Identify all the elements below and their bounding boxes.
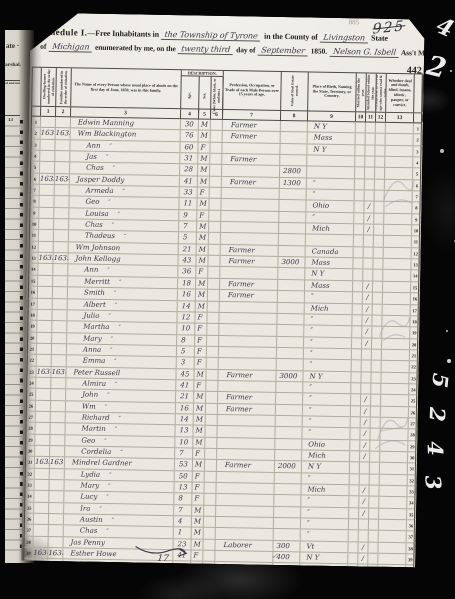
ditto-mark: ″ <box>105 404 107 411</box>
occupation-cell: Farmer <box>220 279 278 290</box>
margin-note-digit: 2 <box>425 407 450 422</box>
occupation-cell: Farmer <box>221 245 279 256</box>
dust-specks <box>444 30 446 32</box>
cannot-read-write-cell <box>376 134 386 145</box>
name-cell: Wm Johnson <box>69 242 179 254</box>
family-number <box>52 310 67 321</box>
dwelling-number <box>39 219 54 230</box>
color-cell <box>210 176 222 187</box>
sex-cell: F <box>195 335 207 346</box>
married-in-year-cell <box>355 145 365 156</box>
attended-school-cell: ∕ <box>361 395 371 406</box>
township-handwritten: the Township of Tyrone <box>161 30 261 42</box>
attended-school-cell <box>363 270 373 281</box>
real-estate-value-cell <box>279 200 306 211</box>
dwelling-number <box>40 139 55 150</box>
condition-cell <box>383 293 411 304</box>
sex-cell: M <box>199 131 211 142</box>
color-cell <box>208 290 220 301</box>
line-number-left: 4 <box>31 151 40 161</box>
occupation-cell <box>218 415 276 426</box>
name-cell: Martin″ <box>65 424 175 436</box>
married-in-year-cell <box>350 463 360 474</box>
line-number-left: 35 <box>25 502 34 512</box>
color-cell <box>203 539 215 550</box>
color-cell <box>206 403 218 414</box>
name-cell: Albert″ <box>68 299 178 311</box>
cannot-read-write-cell <box>369 486 379 497</box>
family-number <box>50 423 65 434</box>
attended-school-cell: ∕ <box>359 497 369 508</box>
sex-cell: F <box>196 267 208 278</box>
age-cell: 30 <box>181 119 199 130</box>
title-enumerated: enumerated by me, on the <box>95 43 176 53</box>
occupation-cell <box>220 301 278 312</box>
color-cell <box>210 142 222 153</box>
color-cell <box>209 245 221 256</box>
dwelling-number <box>36 378 51 389</box>
sex-cell: M <box>192 528 204 539</box>
real-estate-value-cell <box>281 121 308 132</box>
name-cell: Chas″ <box>70 163 180 175</box>
family-number <box>53 287 68 298</box>
birthplace-cell: ″ <box>307 178 355 189</box>
line-number-left: 21 <box>28 343 37 353</box>
married-in-year-cell <box>356 122 366 133</box>
color-cell <box>207 358 219 369</box>
attended-school-cell: ∕ <box>359 508 369 519</box>
ditto-mark: ″ <box>115 381 117 388</box>
family-number <box>49 525 64 536</box>
family-number: 1634 <box>55 174 70 185</box>
occupation-cell: Farmer <box>220 256 278 267</box>
cannot-read-write-cell <box>373 293 383 304</box>
family-number: 1635 <box>53 253 68 264</box>
name-cell: Lydia″ <box>65 469 175 481</box>
age-cell: 53 <box>175 460 193 471</box>
color-cell <box>204 494 216 505</box>
attended-school-cell: ∕ <box>360 429 370 440</box>
line-number-right: 14 <box>411 271 420 281</box>
color-cell <box>210 154 222 165</box>
occupation-cell: Farmer <box>223 120 281 131</box>
family-number <box>55 162 70 173</box>
age-cell: 5 <box>177 346 195 357</box>
age-cell: 14 <box>176 414 194 425</box>
line-number-left: 18 <box>28 309 37 319</box>
ditto-mark: ″ <box>112 517 114 524</box>
line-number-right: 33 <box>407 486 416 496</box>
real-estate-value-cell <box>274 495 301 506</box>
dwelling-number <box>35 423 50 434</box>
dwelling-number <box>34 502 49 513</box>
real-estate-value-cell <box>281 132 308 143</box>
color-cell <box>206 392 218 403</box>
cannot-read-write-cell <box>368 554 378 565</box>
column-number: 2 <box>56 107 71 116</box>
dwelling-number <box>40 151 55 162</box>
dwelling-number: 1633 <box>38 253 53 264</box>
real-estate-value-cell <box>274 518 301 529</box>
line-number-right: 39 <box>406 554 415 564</box>
column-number: 10 <box>356 112 366 121</box>
margin-note-digit: 3 <box>420 474 446 491</box>
condition-cell <box>386 134 414 145</box>
line-number-right: 38 <box>406 543 415 553</box>
line-number-right: 22 <box>410 361 419 371</box>
pencil-scribble <box>375 311 412 346</box>
column-header-occ: Profession, Occupation, or Trade of each… <box>223 71 282 110</box>
dwelling-number: 1636 <box>33 548 48 559</box>
real-estate-value-cell: 2800 <box>280 166 307 177</box>
birthplace-cell: N Y <box>300 552 348 563</box>
line-number-right: 1 <box>414 123 423 133</box>
married-in-year-cell <box>352 326 362 337</box>
sex-cell: F <box>195 312 207 323</box>
attended-school-cell: ∕ <box>362 338 372 349</box>
line-number-right: 17 <box>411 305 420 315</box>
family-number <box>48 537 63 548</box>
ditto-mark: ″ <box>106 494 108 501</box>
name-cell: Merritt″ <box>68 276 178 288</box>
line-number-left: 30 <box>26 446 35 456</box>
age-cell: 9 <box>179 210 197 221</box>
dwelling-number <box>41 117 56 128</box>
line-number-left: 3 <box>31 139 40 149</box>
condition-cell <box>380 474 408 485</box>
line-number-right: 25 <box>409 396 418 406</box>
occupation-cell: Farmer <box>218 392 276 403</box>
census-table-body: 1Edwin Manning30MFarmerN Y1216311633Wm B… <box>23 117 422 599</box>
age-cell: 33 <box>180 187 198 198</box>
column-number: 7 <box>223 110 281 120</box>
occupation-cell <box>219 358 277 369</box>
color-cell <box>209 199 221 210</box>
real-estate-value-cell <box>274 507 301 518</box>
cannot-read-write-cell <box>369 531 379 542</box>
attended-school-cell: ∕ <box>360 451 370 462</box>
line-number-right: 16 <box>411 293 420 303</box>
margin-note-digit: 4 <box>423 441 448 456</box>
line-number-left: 38 <box>24 536 33 546</box>
age-cell: 16 <box>178 289 196 300</box>
color-cell <box>209 211 221 222</box>
married-in-year-cell <box>348 542 358 553</box>
family-number <box>51 389 66 400</box>
line-number-left: 33 <box>25 480 34 490</box>
color-cell <box>203 551 215 562</box>
married-in-year-cell <box>354 236 364 247</box>
attended-school-cell <box>365 156 375 167</box>
sex-cell: M <box>197 222 209 233</box>
birthplace-cell: Ohio <box>306 201 354 212</box>
column-header-s11: Attended School within the year. <box>366 73 377 111</box>
ditto-mark: ″ <box>120 449 122 456</box>
occupation-cell <box>219 324 277 335</box>
dwelling-number <box>38 264 53 275</box>
cannot-read-write-cell <box>373 281 383 292</box>
occupation-cell <box>221 199 279 210</box>
line-number-right: 20 <box>410 339 419 349</box>
name-cell: Geo″ <box>69 197 179 209</box>
ditto-mark: ″ <box>106 528 108 535</box>
line-number-left: 1 <box>32 117 41 127</box>
sex-cell: M <box>194 369 206 380</box>
married-in-year-cell <box>355 168 365 179</box>
age-cell: 7 <box>174 505 192 516</box>
dwelling-number <box>37 332 52 343</box>
tally-note: 17 <box>157 554 170 564</box>
name-cell: Mindrel Gardner <box>65 458 175 470</box>
sex-cell: M <box>194 414 206 425</box>
condition-cell <box>379 508 407 519</box>
age-cell: 10 <box>175 437 193 448</box>
line-number-left: 7 <box>31 185 40 195</box>
age-cell: 21 <box>176 391 194 402</box>
age-cell: 28 <box>180 165 198 176</box>
name-cell: Geo″ <box>65 435 175 447</box>
name-cell: Chas″ <box>69 219 179 231</box>
family-number <box>51 378 66 389</box>
name-cell: Chas″ <box>64 526 174 538</box>
family-number <box>53 265 68 276</box>
married-in-year-cell <box>349 519 359 530</box>
birthplace-cell: ″ <box>304 337 352 348</box>
birthplace-cell: ″ <box>305 292 353 303</box>
birthplace-cell: N Y <box>307 144 355 155</box>
dwelling-number <box>38 287 53 298</box>
column-header-d13: Whether deaf and dumb, blind, insane, id… <box>386 74 415 112</box>
occupation-cell <box>217 438 275 449</box>
occupation-cell <box>219 335 277 346</box>
sex-cell: M <box>199 120 211 131</box>
attended-school-cell <box>365 145 375 156</box>
birthplace-cell: ″ <box>306 212 354 223</box>
occupation-cell: Farmer <box>223 131 281 142</box>
married-in-year-cell <box>351 406 361 417</box>
line-number-right: 18 <box>410 316 419 326</box>
line-number-left: 6 <box>31 173 40 183</box>
color-cell <box>208 256 220 267</box>
dwelling-number <box>38 298 53 309</box>
name-cell: Richard″ <box>66 412 176 424</box>
name-cell: Jasper Doddy <box>70 174 180 186</box>
age-cell: 14 <box>178 301 196 312</box>
sex-cell: M <box>192 505 204 516</box>
line-number-right: 19 <box>410 327 419 337</box>
family-number <box>54 196 69 207</box>
married-in-year-cell <box>355 190 365 201</box>
age-cell: 76 <box>181 131 199 142</box>
column-header-family: Families numbered in the order of visita… <box>56 68 72 106</box>
name-cell: Edwin Manning <box>71 117 181 129</box>
name-cell: Ann″ <box>68 265 178 277</box>
married-in-year-cell <box>353 281 363 292</box>
name-cell: Jas″ <box>70 151 180 163</box>
occupation-cell <box>216 517 274 528</box>
faint-stamp-number: 885 <box>349 18 360 26</box>
married-in-year-cell <box>355 156 365 167</box>
attended-school-cell <box>364 236 374 247</box>
condition-cell <box>378 554 406 565</box>
occupation-cell: Laborer <box>215 540 273 551</box>
age-cell: 7 <box>175 448 193 459</box>
family-number <box>49 480 64 491</box>
schedule-title-line-2: of Michigan enumerated by me, on the twe… <box>40 42 446 59</box>
attended-school-cell <box>362 361 372 372</box>
marshal-name-handwritten: Nelson G. Isbell <box>329 47 399 58</box>
age-cell: 3 <box>177 357 195 368</box>
real-estate-value-cell <box>280 155 307 166</box>
family-number <box>51 401 66 412</box>
line-number-left: 39 <box>24 548 33 558</box>
dwelling-number: 1635 <box>35 457 50 468</box>
name-cell: Armeda″ <box>70 185 180 197</box>
line-number-right: 31 <box>408 464 417 474</box>
color-cell <box>207 324 219 335</box>
dwelling-number: 1631 <box>41 128 56 139</box>
married-in-year-cell <box>349 485 359 496</box>
line-number-left: 31 <box>26 457 35 467</box>
color-cell <box>210 165 222 176</box>
line-number-left: 27 <box>27 412 36 422</box>
married-in-year-cell <box>354 202 364 213</box>
line-number-left: 22 <box>28 355 37 365</box>
occupation-cell <box>219 347 277 358</box>
real-estate-value-cell <box>275 427 302 438</box>
occupation-cell <box>221 233 279 244</box>
real-estate-value-cell <box>276 382 303 393</box>
family-number: 1633 <box>56 128 71 139</box>
line-number-left: 32 <box>26 468 35 478</box>
attended-school-cell <box>361 372 371 383</box>
attended-school-cell <box>361 383 371 394</box>
condition-cell <box>379 520 407 531</box>
family-number <box>51 412 66 423</box>
ditto-mark: ″ <box>118 324 120 331</box>
sex-cell: F <box>197 210 209 221</box>
line-number-right: 36 <box>407 520 416 530</box>
cannot-read-write-cell <box>376 123 386 134</box>
age-cell: 7 <box>179 221 197 232</box>
married-in-year-cell <box>353 292 363 303</box>
birthplace-cell: Vt <box>300 541 348 552</box>
pencil-scribble <box>379 171 416 212</box>
sex-cell: F <box>198 188 210 199</box>
real-estate-value-cell <box>276 416 303 427</box>
birthplace-cell <box>307 167 355 178</box>
family-number: 1638 <box>48 548 63 559</box>
cannot-read-write-cell <box>371 372 381 383</box>
dwelling-number <box>34 491 49 502</box>
column-header-value: Value of Real Estate owned. <box>281 72 309 110</box>
real-estate-value-cell <box>275 439 302 450</box>
ditto-mark: ″ <box>113 165 115 172</box>
color-cell <box>206 415 218 426</box>
occupation-cell: Farmer <box>220 290 278 301</box>
column-number: 1 <box>41 107 56 116</box>
attended-school-cell: ∕ <box>361 406 371 417</box>
family-number <box>53 276 68 287</box>
margin-note-digit: 5 <box>427 372 453 389</box>
married-in-year-cell <box>352 349 362 360</box>
name-cell: Emma″ <box>67 356 177 368</box>
real-estate-value-cell <box>279 234 306 245</box>
occupation-cell <box>216 494 274 505</box>
condition-cell <box>379 531 407 542</box>
sex-cell: F <box>193 471 205 482</box>
color-cell <box>208 267 220 278</box>
ditto-mark: ″ <box>107 392 109 399</box>
title-day-of: day of <box>236 45 255 54</box>
column-header-name: The Name of every Person whose usual pla… <box>71 68 182 108</box>
attended-school-cell <box>365 191 375 202</box>
color-cell <box>207 347 219 358</box>
dwelling-number <box>39 242 54 253</box>
dwelling-number <box>39 196 54 207</box>
condition-cell <box>382 361 410 372</box>
pencil-scribble <box>371 407 412 454</box>
day-handwritten: twenty third <box>178 44 234 55</box>
dwelling-number <box>36 389 51 400</box>
real-estate-value-cell <box>280 189 307 200</box>
color-cell <box>205 471 217 482</box>
married-in-year-cell <box>354 247 364 258</box>
condition-cell <box>381 384 409 395</box>
condition-cell <box>379 497 407 508</box>
column-number <box>414 113 423 122</box>
cannot-read-write-cell <box>369 497 379 508</box>
ditto-mark: ″ <box>119 279 121 286</box>
line-number-left: 28 <box>26 423 35 433</box>
column-number: 11 <box>366 112 376 121</box>
color-cell <box>205 449 217 460</box>
married-in-year-cell <box>351 383 361 394</box>
sex-cell: F <box>193 448 205 459</box>
occupation-cell <box>221 222 279 233</box>
age-cell: 4 <box>174 516 192 527</box>
color-cell <box>211 120 223 131</box>
condition-cell <box>379 486 407 497</box>
cannot-read-write-cell <box>372 361 382 372</box>
state-handwritten: Michigan <box>48 42 92 53</box>
birthplace-cell: Mich <box>302 450 350 461</box>
color-cell <box>209 233 221 244</box>
attended-school-cell: ∕ <box>364 213 374 224</box>
ditto-mark: ″ <box>104 438 106 445</box>
title-free-inhabitants: —Free Inhabitants in <box>87 29 159 39</box>
name-cell: Almira″ <box>66 378 176 390</box>
birthplace-cell: ″ <box>301 530 349 541</box>
attended-school-cell: ∕ <box>362 327 372 338</box>
attended-school-cell: ∕ <box>359 485 369 496</box>
ditto-mark: ″ <box>115 302 117 309</box>
line-number-right: 30 <box>408 452 417 462</box>
dwelling-number <box>35 446 50 457</box>
county-handwritten: Livingston <box>320 33 369 44</box>
real-estate-value-cell <box>278 291 305 302</box>
line-number-left: 26 <box>27 400 36 410</box>
ditto-mark: ″ <box>99 506 101 513</box>
sex-cell: M <box>198 154 210 165</box>
birthplace-cell: ″ <box>302 428 350 439</box>
birthplace-cell: Mich <box>301 484 349 495</box>
attended-school-cell <box>364 247 374 258</box>
ditto-mark: ″ <box>110 143 112 150</box>
condition-cell <box>383 282 411 293</box>
attended-school-cell <box>360 463 370 474</box>
birthplace-cell: ″ <box>303 416 351 427</box>
